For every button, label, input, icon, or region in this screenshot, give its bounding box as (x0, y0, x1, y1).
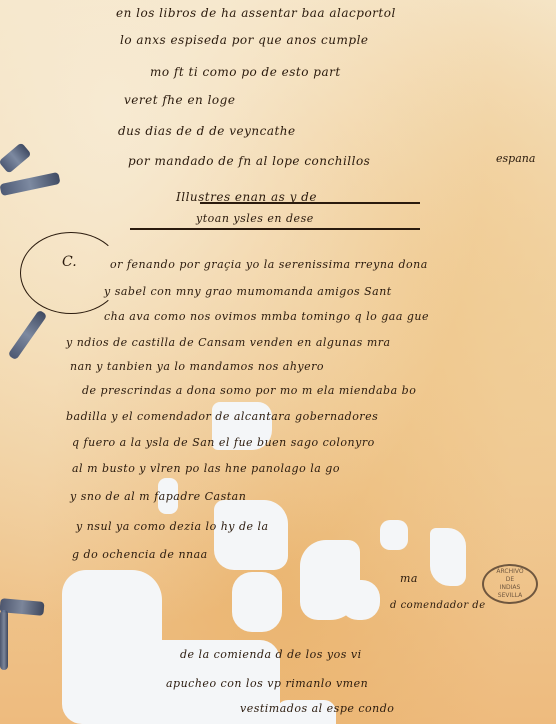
damage-hole (340, 580, 380, 620)
stamp-line: SEVILLA (484, 592, 536, 600)
manuscript-line: ma (400, 572, 418, 585)
manuscript-line: d comendador de (390, 600, 486, 611)
stamp-line: INDIAS (484, 584, 536, 592)
manuscript-line: g do ochencia de nnaa (72, 548, 208, 561)
manuscript-line: y ndios de castilla de Cansam venden en … (66, 336, 391, 349)
binding-thread-top-2 (0, 172, 61, 196)
manuscript-line: lo anxs espiseda por que anos cumple (120, 33, 369, 47)
margin-note-left: C. (62, 254, 77, 270)
manuscript-line: en los libros de ha assentar baa alacpor… (116, 6, 396, 20)
manuscript-line: dus dias de d de veyncathe (118, 124, 296, 138)
manuscript-line: apucheo con los vp rimanlo vmen (166, 677, 368, 690)
damage-hole (214, 500, 288, 570)
manuscript-line: de la comienda d de los yos vi (180, 648, 362, 661)
manuscript-line: ytoan ysles en dese (196, 212, 314, 225)
underline-rule (130, 228, 420, 230)
margin-circle-flourish (20, 232, 122, 314)
archive-stamp: ARCHIVO DE INDIAS SEVILLA (482, 564, 538, 604)
stamp-line: ARCHIVO (484, 568, 536, 576)
binding-thread-mid (8, 310, 48, 361)
manuscript-page: en los libros de ha assentar baa alacpor… (0, 0, 556, 724)
manuscript-line: y nsul ya como dezia lo hy de la (76, 520, 269, 533)
manuscript-line: nan y tanbien ya lo mandamos nos ahyero (70, 360, 324, 373)
binding-thread-top (0, 142, 32, 174)
margin-note-right: espana (496, 152, 535, 165)
manuscript-line: badilla y el comendador de alcantara gob… (66, 410, 378, 423)
damage-hole (430, 528, 466, 586)
manuscript-line: or fenando por graçia yo la serenissima … (110, 258, 428, 271)
binding-thread-bottom-vert (0, 610, 8, 670)
manuscript-line: de prescrindas a dona somo por mo m ela … (82, 384, 416, 397)
manuscript-line: cha ava como nos ovimos mmba tomingo q l… (104, 310, 429, 323)
manuscript-line: mo ft ti como po de esto part (150, 65, 341, 79)
manuscript-line: al m busto y vlren po las hne panolago l… (72, 462, 340, 475)
manuscript-line: por mandado de fn al lope conchillos (128, 154, 370, 168)
manuscript-line: Illustres enan as y de (176, 190, 317, 204)
stamp-line: DE (484, 576, 536, 584)
manuscript-line: y sabel con mny grao mumomanda amigos Sa… (104, 285, 392, 298)
damage-hole (380, 520, 408, 550)
manuscript-line: vestimados al espe condo (240, 702, 394, 715)
manuscript-line: veret fhe en loge (124, 93, 235, 107)
manuscript-line: q fuero a la ysla de San el fue buen sag… (72, 436, 375, 449)
manuscript-line: y sno de al m fapadre Castan (70, 490, 246, 503)
damage-hole (232, 572, 282, 632)
